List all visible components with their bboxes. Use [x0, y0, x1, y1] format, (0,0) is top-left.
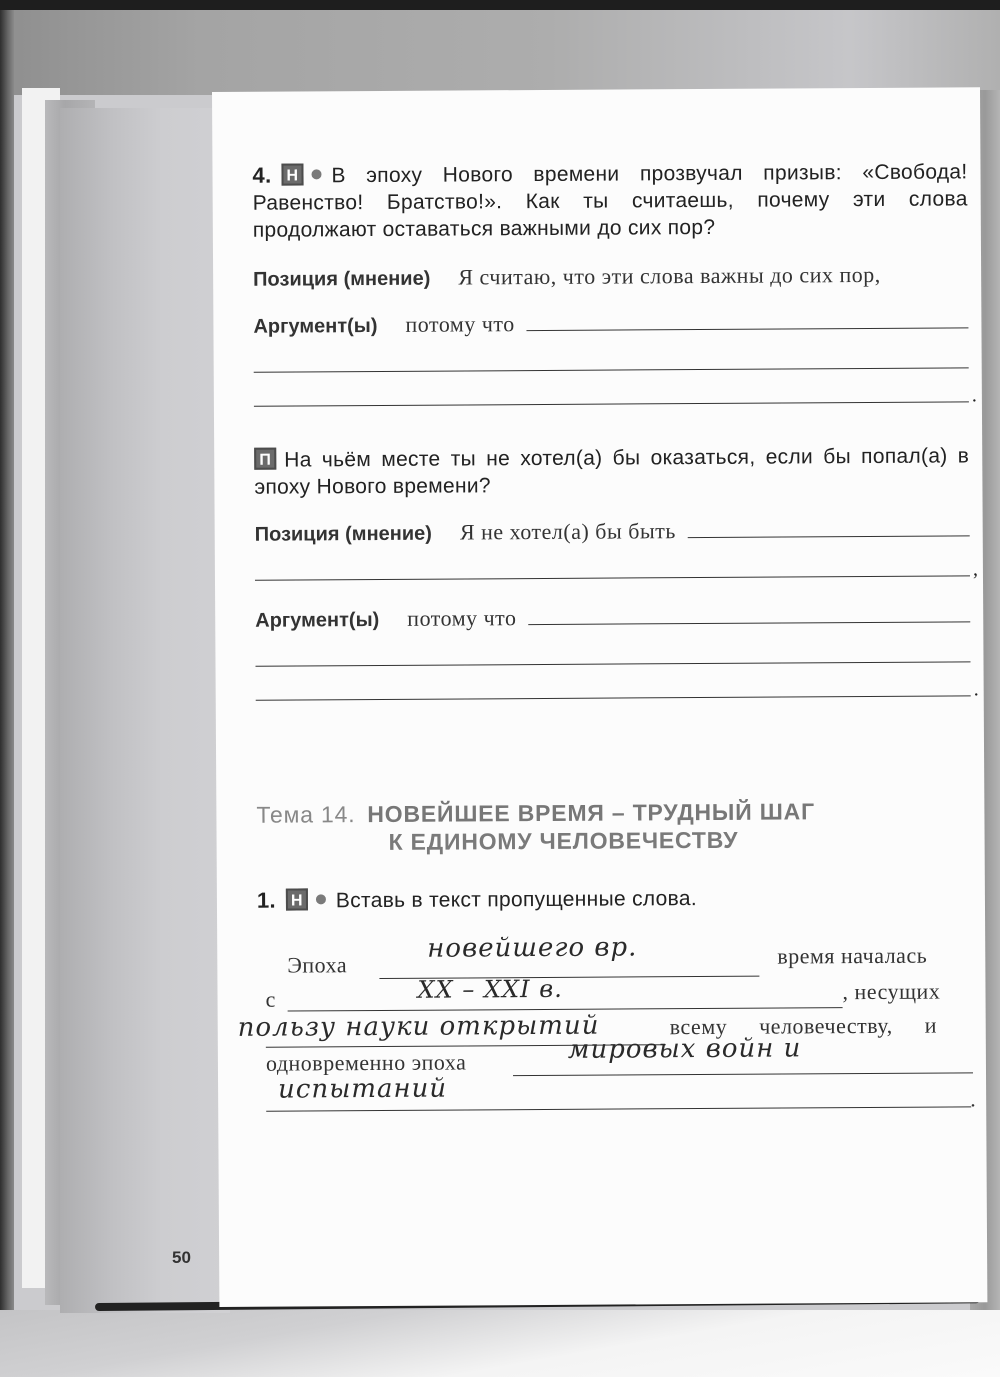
blank-4-line[interactable] [513, 1072, 973, 1076]
task-number: 4. [252, 163, 271, 188]
handwritten-answer-3: пользу науки открытий [238, 1011, 600, 1043]
answer-line[interactable]: . [256, 662, 971, 700]
task-1: 1.НВставь в текст пропущенные слова. Эпо… [257, 882, 973, 1124]
answer-line[interactable]: , [255, 542, 970, 580]
answer-line[interactable] [254, 334, 969, 372]
text-time-started: время началась [777, 943, 927, 970]
task-4-question-block: 4.НВ эпоху Нового времени прозвучал приз… [252, 157, 967, 243]
text-comma-bearing: , несущих [842, 979, 940, 1006]
scan-bottom-area [0, 1310, 1000, 1377]
argument-text: потому что [407, 605, 516, 632]
position-text: Я не хотел(а) бы быть [460, 518, 676, 545]
topic-title-line-1: Тема 14.НОВЕЙШЕЕ ВРЕМЯ – ТРУДНЫЙ ШАГ [256, 796, 971, 828]
level-badge-icon: П [254, 448, 276, 470]
task-4-extra-question-block: ПНа чьём месте ты не хотел(а) бы оказать… [254, 442, 969, 500]
end-period: . [970, 1086, 976, 1112]
topic-header: Тема 14.НОВЕЙШЕЕ ВРЕМЯ – ТРУДНЫЙ ШАГ К Е… [256, 796, 971, 856]
argument-label: Аргумент(ы) [253, 315, 377, 339]
task-4: 4.НВ эпоху Нового времени прозвучал приз… [252, 157, 968, 406]
scan-top-border [0, 0, 1000, 10]
scan-top-shadow [0, 10, 1000, 95]
handwritten-answer-5: испытаний [278, 1074, 447, 1105]
level-badge-icon: Н [286, 888, 308, 910]
argument-label: Аргумент(ы) [255, 609, 379, 633]
position-label: Позиция (мнение) [255, 523, 432, 547]
position-row: Позиция (мнение)Я считаю, что эти слова … [253, 255, 968, 300]
task-4-question: В эпоху Нового времени прозвучал призыв:… [253, 160, 968, 241]
argument-text: потому что [405, 311, 514, 338]
scan-left-border [0, 10, 14, 1377]
handwritten-answer-1: новейшего вр. [427, 932, 637, 963]
end-period: . [974, 678, 979, 701]
answer-line[interactable] [527, 327, 969, 331]
task-1-instruction: Вставь в текст пропущенные слова. [336, 887, 697, 912]
workbook-page: 4.НВ эпоху Нового времени прозвучал приз… [212, 87, 987, 1307]
end-period: . [972, 384, 977, 407]
task-1-instruction-block: 1.НВставь в текст пропущенные слова. [257, 882, 972, 914]
fill-in-text: Эпоха новейшего вр. время началась с XX … [257, 920, 973, 1124]
handwritten-answer-4: мировых войн и [568, 1033, 802, 1064]
handwritten-answer-2: XX – XXI в. [417, 975, 562, 1004]
topic-number: Тема 14. [256, 801, 355, 828]
answer-line[interactable] [529, 621, 971, 625]
task-4-extra-question: На чьём месте ты не хотел(а) бы оказатьс… [254, 444, 969, 498]
text-simultaneously: одновременно эпоха [266, 1049, 467, 1076]
text-epoch: Эпоха [287, 952, 347, 978]
answer-line[interactable] [688, 535, 970, 538]
task-4-extra: ПНа чьём месте ты не хотел(а) бы оказать… [254, 442, 971, 700]
page-gutter [60, 108, 230, 1313]
position-text: Я считаю, что эти слова важны до сих пор… [458, 262, 881, 290]
bullet-dot-icon [316, 894, 326, 904]
task-number: 1. [257, 888, 276, 913]
blank-5-line[interactable] [266, 1106, 971, 1111]
answer-line[interactable] [255, 628, 970, 666]
level-badge-icon: Н [281, 163, 303, 185]
page-number: 50 [172, 1248, 191, 1268]
position-label: Позиция (мнение) [253, 268, 430, 291]
end-comma: , [973, 558, 978, 581]
text-from: с [265, 987, 275, 1013]
topic-title-line-2: К ЕДИНОМУ ЧЕЛОВЕЧЕСТВУ [257, 824, 972, 856]
bullet-dot-icon [311, 169, 321, 179]
page-content: 4.НВ эпоху Нового времени прозвучал приз… [252, 157, 973, 1124]
topic-title: НОВЕЙШЕЕ ВРЕМЯ – ТРУДНЫЙ ШАГ [367, 798, 815, 827]
answer-line[interactable]: . [254, 368, 969, 406]
